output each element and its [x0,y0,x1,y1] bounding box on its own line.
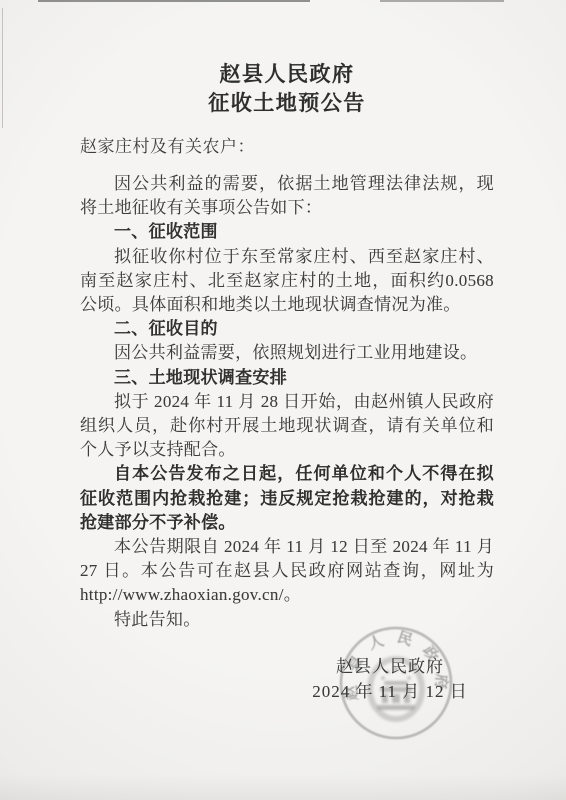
paragraph-intro: 因公共利益的需要，依据土地管理法律法规，现将土地征收有关事项公告如下： [80,172,494,220]
paragraph-purpose: 因公共利益需要，依照规划进行工业用地建设。 [80,341,494,365]
issuer-name: 赵县人民政府 [280,654,500,679]
scan-artifact-shadow [0,774,566,800]
issue-date: 2024 年 11 月 12 日 [280,679,500,704]
scanned-document-page: 赵县人民政府 征收土地预公告 赵家庄村及有关农户： 因公共利益的需要，依据土地管… [0,0,566,800]
section-heading-2: 二、征收目的 [80,317,494,341]
document-body: 赵县人民政府 征收土地预公告 赵家庄村及有关农户： 因公共利益的需要，依据土地管… [0,60,566,632]
paragraphs: 因公共利益的需要，依据土地管理法律法规，现将土地征收有关事项公告如下： 一、征收… [80,172,494,632]
paragraph-scope: 拟征收你村位于东至常家庄村、西至赵家庄村、南至赵家庄村、北至赵家庄村的土地，面积… [80,245,494,318]
section-heading-3: 三、土地现状调查安排 [80,366,494,390]
document-title: 赵县人民政府 征收土地预公告 [80,60,494,118]
section-heading-1: 一、征收范围 [80,220,494,244]
title-line-2: 征收土地预公告 [80,89,494,118]
scan-artifact-line [38,0,310,2]
paragraph-validity: 本公告期限自 2024 年 11 月 12 日至 2024 年 11 月 27 … [80,535,494,608]
title-line-1: 赵县人民政府 [80,60,494,89]
salutation: 赵家庄村及有关农户： [80,135,494,159]
signature-block: 赵县人民政府 2024 年 11 月 12 日 [280,654,500,704]
paragraph-survey: 拟于 2024 年 11 月 28 日开始，由赵州镇人民政府组织人员，赴你村开展… [80,390,494,463]
scan-artifact-line [380,0,504,2]
paragraph-warning: 自本公告发布之日起，任何单位和个人不得在拟征收范围内抢栽抢建；违反规定抢栽抢建的… [80,462,494,535]
scan-artifact-edge [2,8,3,128]
